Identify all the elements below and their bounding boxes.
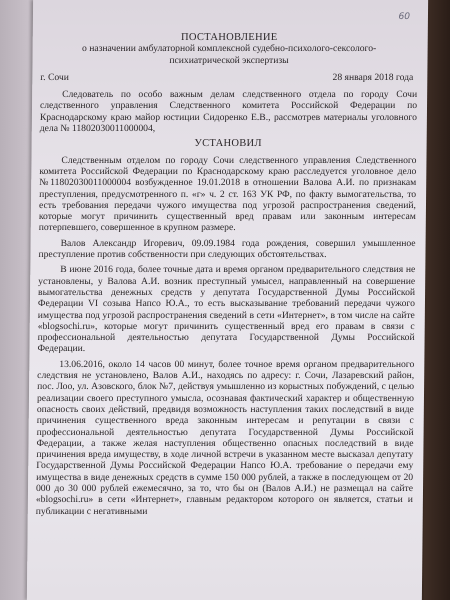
document-title: ПОСТАНОВЛЕНИЕ bbox=[41, 32, 418, 43]
document-page: 60 ПОСТАНОВЛЕНИЕ о назначении амбулаторн… bbox=[27, 0, 428, 600]
paragraph-3: В июне 2016 года, более точные дата и вр… bbox=[37, 264, 415, 354]
table-surface bbox=[424, 0, 450, 600]
document-subtitle: о назначении амбулаторной комплексной су… bbox=[40, 43, 417, 66]
city: г. Сочи bbox=[40, 72, 69, 83]
document-content: ПОСТАНОВЛЕНИЕ о назначении амбулаторной … bbox=[36, 32, 418, 517]
paragraph-4: 13.06.2016, около 14 часов 00 минут, бол… bbox=[36, 359, 415, 517]
intro-paragraph: Следователь по особо важным делам следст… bbox=[40, 89, 417, 134]
section-heading: УСТАНОВИЛ bbox=[40, 138, 417, 149]
handwritten-page-number: 60 bbox=[398, 12, 410, 22]
paragraph-1: Следственным отделом по городу Сочи след… bbox=[39, 155, 417, 234]
subtitle-line-1: о назначении амбулаторной комплексной су… bbox=[41, 43, 418, 54]
place-date-row: г. Сочи 28 января 2018 года bbox=[40, 72, 417, 83]
document-date: 28 января 2018 года bbox=[333, 72, 418, 83]
paragraph-2: Валов Александр Игоревич, 09.09.1984 год… bbox=[38, 238, 415, 261]
subtitle-line-2: психиатрической экспертизы bbox=[40, 55, 417, 66]
